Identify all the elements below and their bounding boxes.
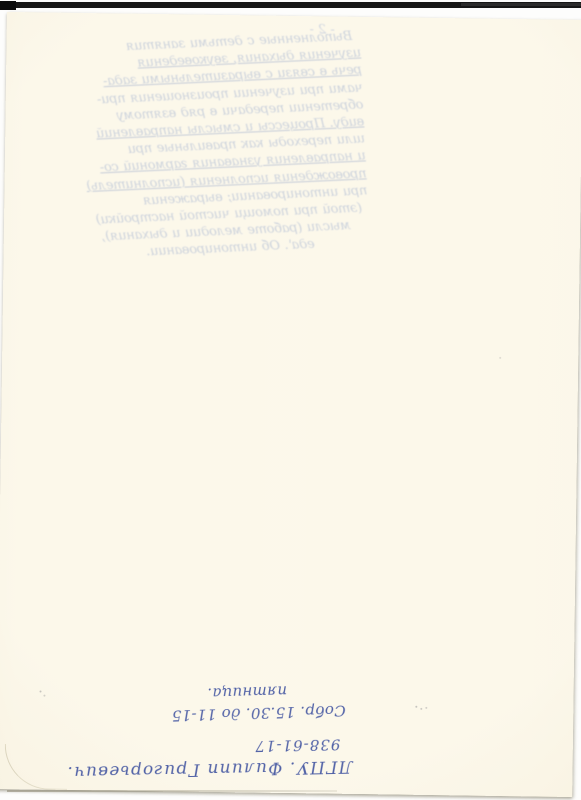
document-page: - 2 - Выполненные с детьми занятияизучен… <box>0 12 581 797</box>
pencil-speck <box>40 691 42 693</box>
paper-crease <box>4 744 68 790</box>
schedule-time-line: Собр. 15.30. до 11-15 <box>147 699 346 726</box>
ink-speck <box>341 765 343 767</box>
paper-speck <box>499 357 501 359</box>
scanner-edge-bar <box>0 2 581 8</box>
pencil-speck <box>415 706 417 708</box>
ink-note-contact: ЛГПУ. Филипп Григорьевич. 938-61-17 <box>20 733 353 784</box>
bleed-through-text: Выполненные с детьми занятияизучения дых… <box>36 28 370 266</box>
scan-frame: - 2 - Выполненные с детьми занятияизучен… <box>0 0 581 800</box>
paper-edge-shadow <box>7 790 337 792</box>
ink-note-schedule: Собр. 15.30. до 11-15 пятница. <box>147 678 346 726</box>
